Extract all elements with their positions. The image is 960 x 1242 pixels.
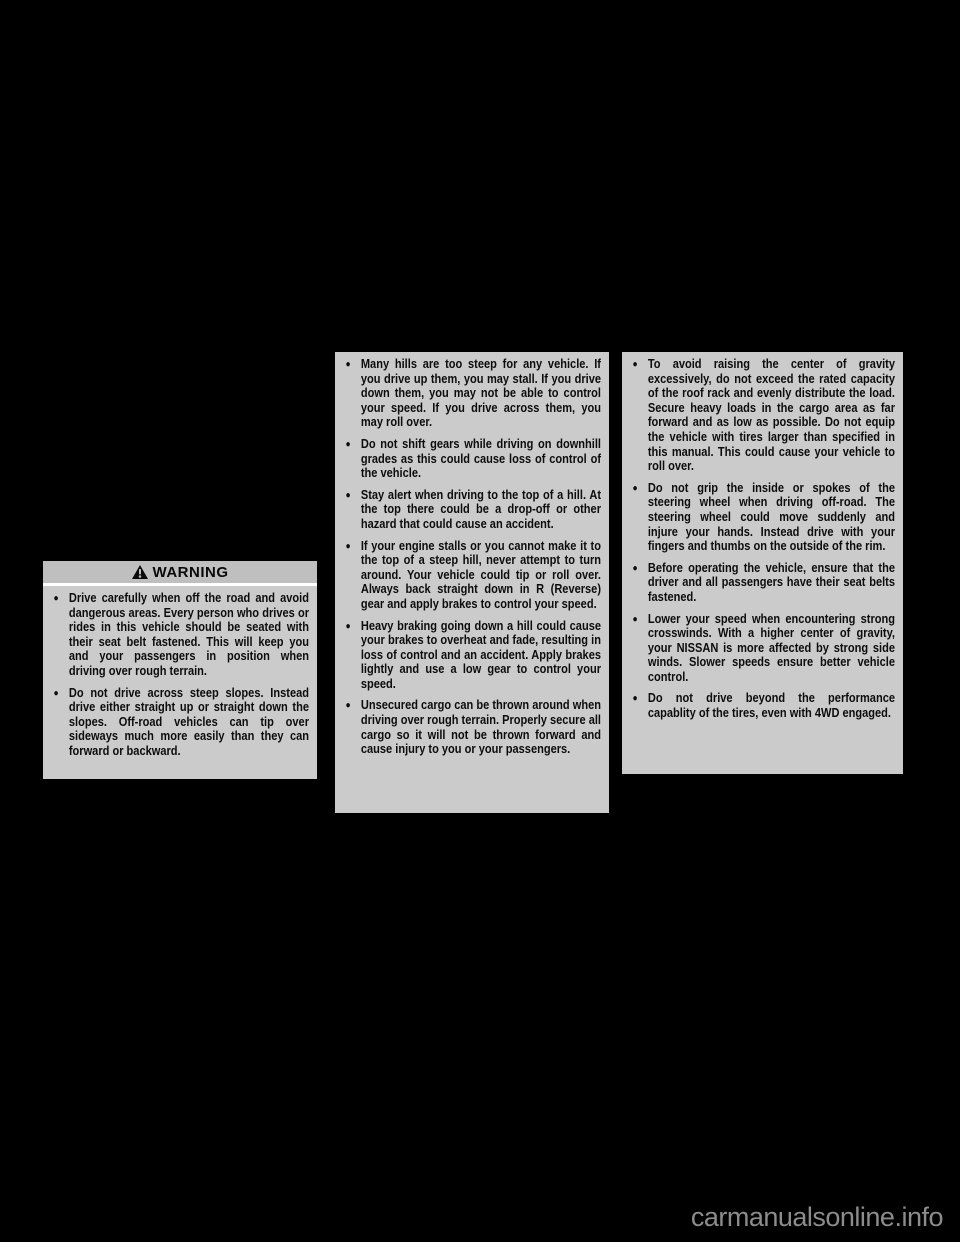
bullet-text: Unsecured cargo can be thrown around whe… xyxy=(361,697,601,756)
bullet-text: Heavy braking going down a hill could ca… xyxy=(361,618,601,691)
warning-box: WARNING ●Drive carefully when off the ro… xyxy=(43,561,317,779)
bullet-text: Drive carefully when off the road and av… xyxy=(69,590,309,678)
bullet-item: ●Unsecured cargo can be thrown around wh… xyxy=(343,698,601,756)
bullet-text: Do not shift gears while driving on down… xyxy=(361,436,601,480)
manual-page: WARNING ●Drive carefully when off the ro… xyxy=(0,0,960,1242)
warning-triangle-icon xyxy=(132,565,148,579)
bullet-icon: ● xyxy=(633,562,638,575)
bullet-item: ●Do not shift gears while driving on dow… xyxy=(343,437,601,481)
bullet-text: Do not drive beyond the performance capa… xyxy=(648,690,895,720)
warning-header: WARNING xyxy=(43,561,317,586)
bullet-item: ●Drive carefully when off the road and a… xyxy=(51,591,309,679)
bullet-item: ●Heavy braking going down a hill could c… xyxy=(343,619,601,692)
bullet-icon: ● xyxy=(633,692,638,705)
bullet-text: Before operating the vehicle, ensure tha… xyxy=(648,560,895,604)
bullet-text: If your engine stalls or you cannot make… xyxy=(361,538,601,611)
precautions-column-right-body: ●To avoid raising the center of gravity … xyxy=(622,352,903,721)
bullet-icon: ● xyxy=(54,592,59,605)
bullet-icon: ● xyxy=(346,489,351,502)
bullet-icon: ● xyxy=(633,358,638,371)
bullet-item: ●Before operating the vehicle, ensure th… xyxy=(630,561,895,605)
bullet-text: Lower your speed when encountering stron… xyxy=(648,611,895,684)
bullet-text: Many hills are too steep for any vehicle… xyxy=(361,356,601,429)
bullet-item: ●To avoid raising the center of gravity … xyxy=(630,357,895,474)
bullet-icon: ● xyxy=(346,540,351,553)
warning-title: WARNING xyxy=(153,564,229,581)
bullet-text: Do not grip the inside or spokes of the … xyxy=(648,480,895,553)
bullet-text: To avoid raising the center of gravity e… xyxy=(648,356,895,473)
warning-body: ●Drive carefully when off the road and a… xyxy=(43,586,317,759)
bullet-item: ●Do not drive across steep slopes. Inste… xyxy=(51,686,309,759)
precautions-column-right: ●To avoid raising the center of gravity … xyxy=(622,352,903,774)
bullet-icon: ● xyxy=(346,620,351,633)
bullet-icon: ● xyxy=(346,438,351,451)
bullet-icon: ● xyxy=(346,358,351,371)
bullet-item: ●Many hills are too steep for any vehicl… xyxy=(343,357,601,430)
bullet-item: ●If your engine stalls or you cannot mak… xyxy=(343,539,601,612)
bullet-item: ●Do not grip the inside or spokes of the… xyxy=(630,481,895,554)
site-watermark: carmanualsonline.info xyxy=(691,1202,943,1233)
bullet-icon: ● xyxy=(54,687,59,700)
bullet-icon: ● xyxy=(346,699,351,712)
bullet-item: ●Lower your speed when encountering stro… xyxy=(630,612,895,685)
bullet-item: ●Do not drive beyond the performance cap… xyxy=(630,691,895,720)
bullet-text: Do not drive across steep slopes. Instea… xyxy=(69,685,309,758)
precautions-column-left: ●Many hills are too steep for any vehicl… xyxy=(335,352,609,813)
bullet-text: Stay alert when driving to the top of a … xyxy=(361,487,601,531)
bullet-item: ●Stay alert when driving to the top of a… xyxy=(343,488,601,532)
precautions-column-left-body: ●Many hills are too steep for any vehicl… xyxy=(335,352,609,757)
bullet-icon: ● xyxy=(633,613,638,626)
bullet-icon: ● xyxy=(633,482,638,495)
